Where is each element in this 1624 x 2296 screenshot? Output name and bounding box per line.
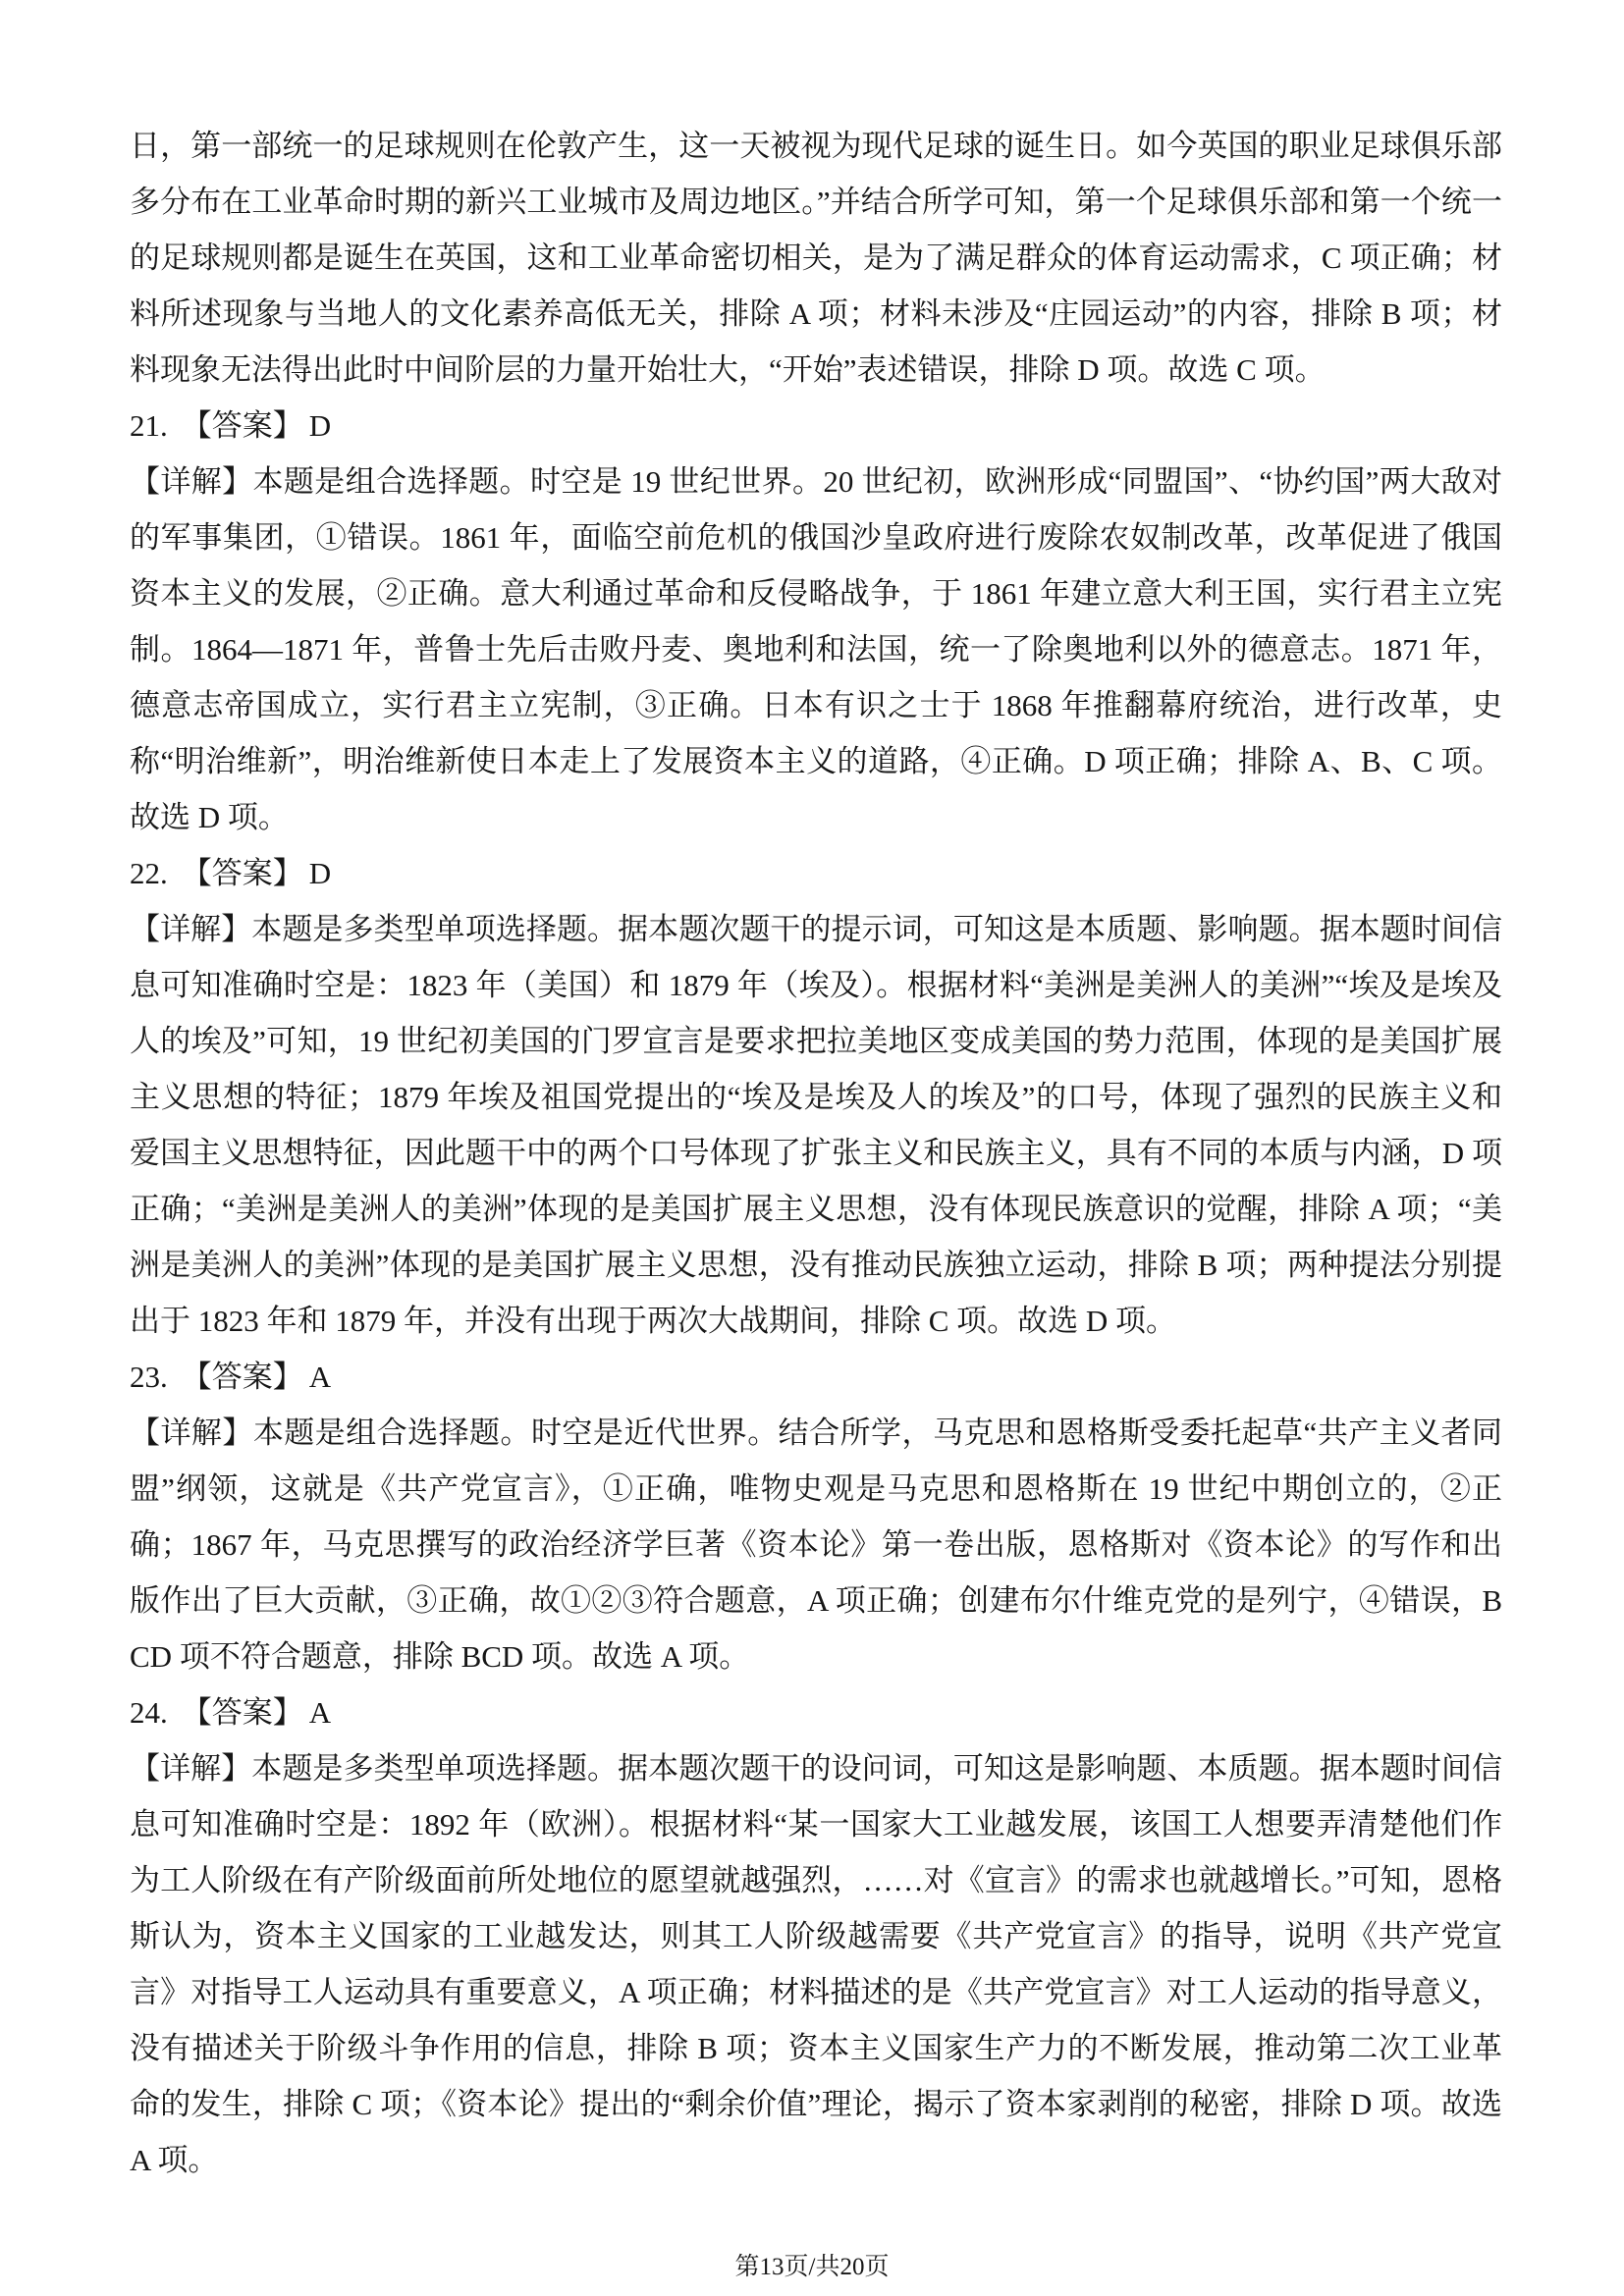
answer-label: 【答案】 (182, 856, 303, 890)
answer-value: D (309, 408, 331, 443)
explanation-paragraph-21: 【详解】本题是组合选择题。时空是 19 世纪世界。20 世纪初，欧洲形成“同盟国… (130, 454, 1502, 845)
continuation-paragraph: 日，第一部统一的足球规则在伦敦产生，这一天被视为现代足球的诞生日。如今英国的职业… (130, 118, 1502, 398)
question-number: 23. (130, 1360, 168, 1394)
explanation-paragraph-24: 【详解】本题是多类型单项选择题。据本题次题干的设问词，可知这是影响题、本质题。据… (130, 1740, 1502, 2188)
answer-value: A (309, 1360, 331, 1394)
page-content: 日，第一部统一的足球规则在伦敦产生，这一天被视为现代足球的诞生日。如今英国的职业… (130, 118, 1502, 2188)
answer-label: 【答案】 (182, 408, 303, 443)
answer-value: A (309, 1695, 331, 1730)
answer-value: D (309, 856, 331, 890)
explanation-paragraph-23: 【详解】本题是组合选择题。时空是近代世界。结合所学，马克思和恩格斯受委托起草“共… (130, 1405, 1502, 1684)
answer-label: 【答案】 (182, 1360, 303, 1394)
page-number-footer: 第13页/共20页 (0, 2250, 1624, 2285)
explanation-paragraph-22: 【详解】本题是多类型单项选择题。据本题次题干的提示词，可知这是本质题、影响题。据… (130, 901, 1502, 1349)
answer-line-22: 22.【答案】D (130, 845, 1502, 901)
document-page: 日，第一部统一的足球规则在伦敦产生，这一天被视为现代足球的诞生日。如今英国的职业… (0, 0, 1624, 2296)
answer-line-24: 24.【答案】A (130, 1684, 1502, 1740)
answer-line-23: 23.【答案】A (130, 1349, 1502, 1405)
answer-label: 【答案】 (182, 1695, 303, 1730)
answer-line-21: 21.【答案】D (130, 398, 1502, 454)
question-number: 21. (130, 408, 168, 443)
question-number: 22. (130, 856, 168, 890)
question-number: 24. (130, 1695, 168, 1730)
